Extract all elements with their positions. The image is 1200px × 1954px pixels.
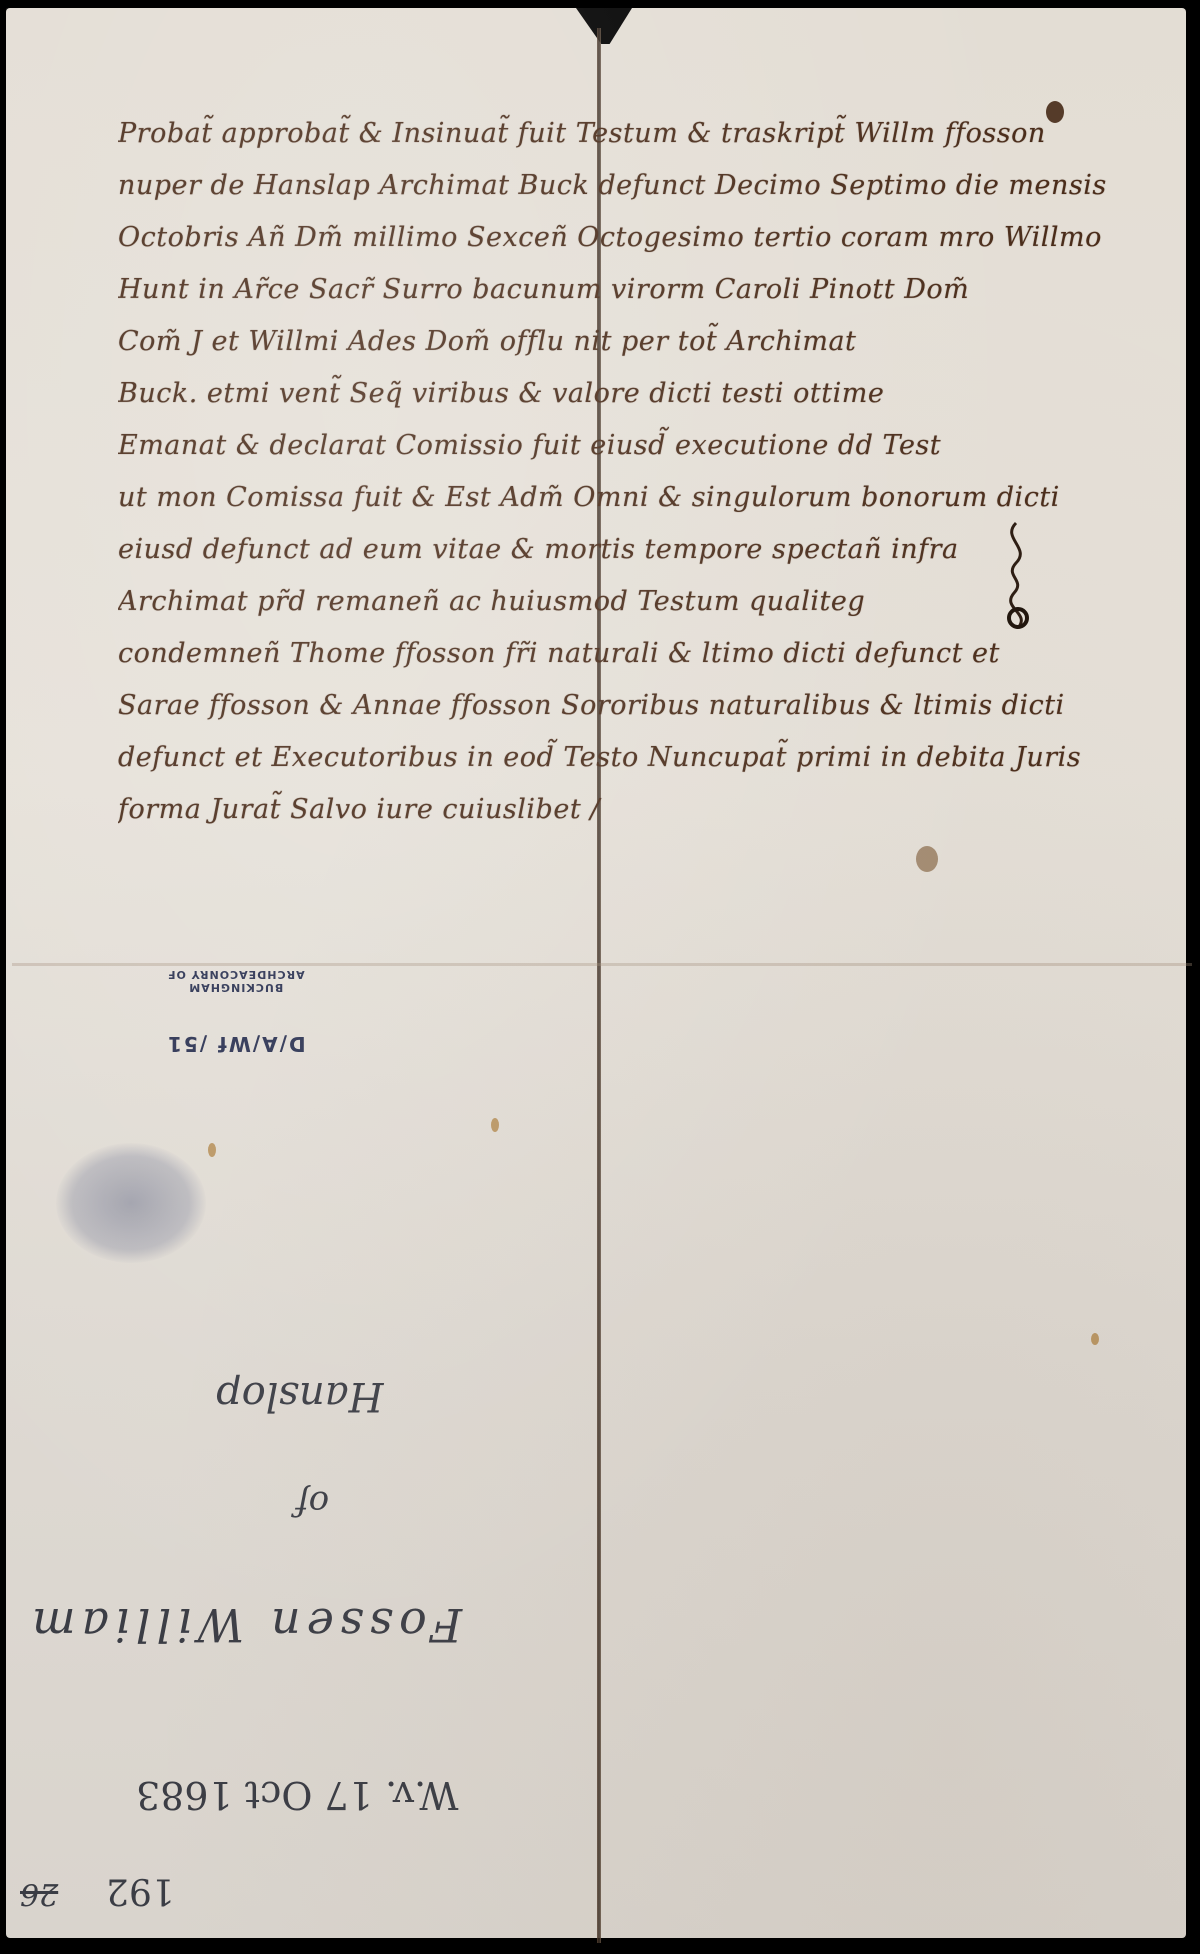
torn-notch bbox=[576, 8, 632, 44]
archive-office-line: BUCKINGHAM bbox=[166, 981, 306, 994]
probate-line: ut mon Comissa fuit & Est Adm̃ Omni & si… bbox=[118, 472, 1178, 524]
probate-text-block: Probat̃ approbat̃ & Insinuat̃ fuit Testu… bbox=[118, 108, 1178, 836]
probate-line: Hunt in Ar̃ce Sacr̃ Surro bacunum virorm… bbox=[118, 264, 1178, 316]
horizontal-fold-crease bbox=[12, 963, 1192, 966]
manuscript-sheet: Probat̃ approbat̃ & Insinuat̃ fuit Testu… bbox=[6, 8, 1186, 1938]
probate-line: forma Jurat̃ Salvo iure cuiuslibet / bbox=[118, 784, 1178, 836]
archive-office-line: ARCHDEACONRY OF bbox=[166, 968, 306, 981]
struck-folio-number: 26 bbox=[20, 1876, 58, 1911]
probate-line: Emanat & declarat Comissio fuit eiusd̃ e… bbox=[118, 420, 1178, 472]
endorsement-connector: of bbox=[296, 1483, 329, 1523]
probate-line: nuper de Hanslap Archimat Buck defunct D… bbox=[118, 160, 1178, 212]
probate-line: Sarae ffosson & Annae ffosson Sororibus … bbox=[118, 680, 1178, 732]
probate-line: Buck. etmi vent̃ Seq̃ viribus & valore d… bbox=[118, 368, 1178, 420]
folio-number: 192 bbox=[106, 1870, 175, 1911]
ink-stain bbox=[1091, 1333, 1099, 1345]
probate-line: Probat̃ approbat̃ & Insinuat̃ fuit Testu… bbox=[118, 108, 1178, 160]
endorsement-place: Hanslop bbox=[216, 1373, 384, 1419]
probate-line: Com̃ J et Willmi Ades Dom̃ offlu nit per… bbox=[118, 316, 1178, 368]
archive-reference: D/A/Wf /51 bbox=[166, 1032, 306, 1056]
probate-line: Octobris Añ Dm̃ millimo Sexceñ Octoges… bbox=[118, 212, 1178, 264]
ink-flourish-icon bbox=[996, 518, 1036, 638]
ink-stain bbox=[916, 846, 938, 872]
wax-seal-impression bbox=[56, 1143, 206, 1263]
archive-stamp: D/A/Wf /51 BUCKINGHAM ARCHDEACONRY OF bbox=[166, 968, 306, 1056]
endorsement-date: W.v. 17 Oct 1683 bbox=[136, 1773, 459, 1817]
ink-blot bbox=[1046, 101, 1064, 123]
ink-stain bbox=[208, 1143, 216, 1157]
endorsement-name: Fossen William bbox=[26, 1598, 462, 1652]
probate-line: defunct et Executoribus in eod̃ Testo Nu… bbox=[118, 732, 1178, 784]
ink-stain bbox=[491, 1118, 499, 1132]
